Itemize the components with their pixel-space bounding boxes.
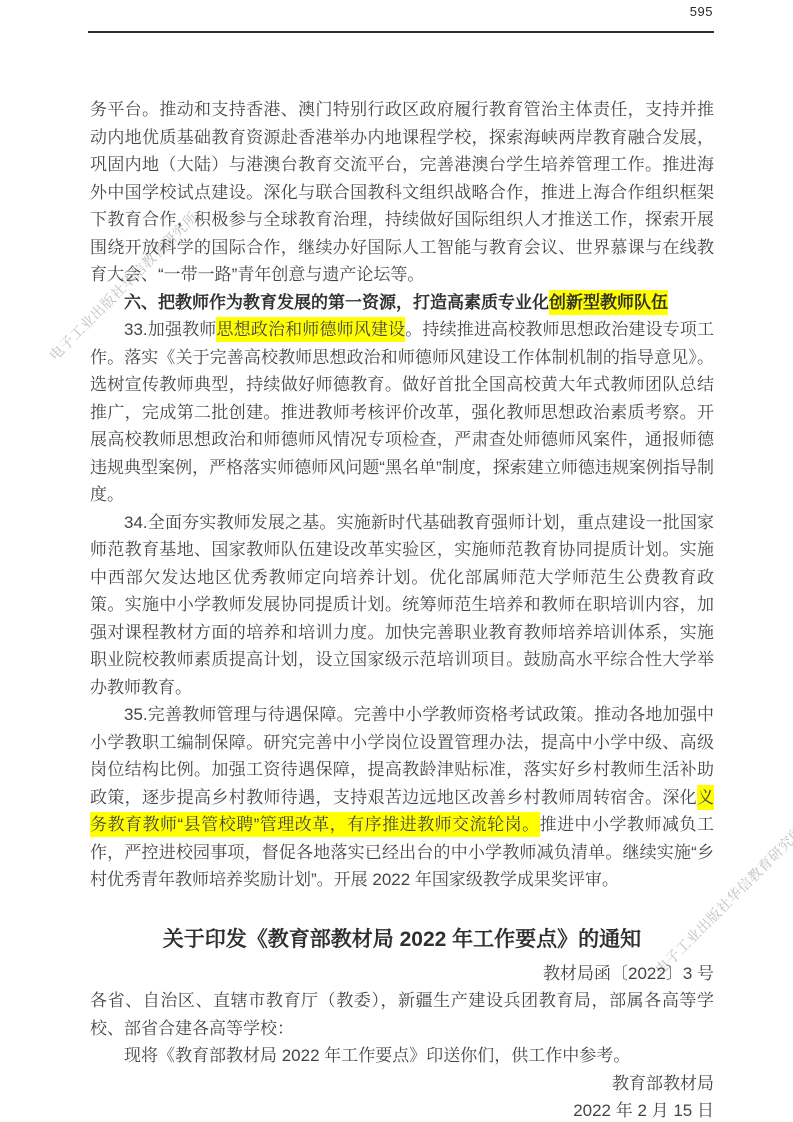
paragraph: 34.全面夯实教师发展之基。实施新时代基础教育强师计划，重点建设一批国家师范教育… [90,509,714,702]
notice-addressee: 各省、自治区、直辖市教育厅（教委），新疆生产建设兵团教育局，部属各高等学校、部省… [90,987,714,1042]
body-blocks: 务平台。推动和支持香港、澳门特别行政区政府履行教育管治主体责任，支持并推动内地优… [90,96,714,894]
header-rule [88,31,714,33]
notice-signer: 教育部教材局 [90,1070,714,1098]
paragraph: 33.加强教师思想政治和师德师风建设。持续推进高校教师思想政治建设专项工作。落实… [90,316,714,509]
page-content: 务平台。推动和支持香港、澳门特别行政区政府履行教育管治主体责任，支持并推动内地优… [90,96,714,1122]
notice-body: 现将《教育部教材局 2022 年工作要点》印送你们，供工作中参考。 [90,1042,714,1070]
text-run: 33.加强教师 [124,320,216,339]
section-heading: 六、把教师作为教育发展的第一资源，打造高素质专业化创新型教师队伍 [90,289,714,317]
notice-doc-number: 教材局函〔2022〕3 号 [90,960,714,988]
page-number: 595 [690,4,713,19]
document-page: 电子工业出版社华信教育研究所 电子工业出版社华信教育研究所 595 务平台。推动… [0,0,793,1122]
text-run: 35.完善教师管理与待遇保障。完善中小学教师资格考试政策。推动各地加强中小学教职… [90,705,714,807]
text-run: 。持续推进高校教师思想政治建设专项工作。落实《关于完善高校教师思想政治和师德师风… [90,320,714,504]
text-run: 34.全面夯实教师发展之基。实施新时代基础教育强师计划，重点建设一批国家师范教育… [90,513,714,697]
text-run: 六、把教师作为教育发展的第一资源，打造高素质专业化 [124,293,549,312]
text-run: 务平台。推动和支持香港、澳门特别行政区政府履行教育管治主体责任，支持并推动内地优… [90,100,714,284]
highlighted-text: 创新型教师队伍 [549,290,668,315]
paragraph: 务平台。推动和支持香港、澳门特别行政区政府履行教育管治主体责任，支持并推动内地优… [90,96,714,289]
paragraph: 35.完善教师管理与待遇保障。完善中小学教师资格考试政策。推动各地加强中小学教职… [90,701,714,894]
notice-title: 关于印发《教育部教材局 2022 年工作要点》的通知 [90,924,714,956]
highlighted-text: 思想政治和师德师风建设 [216,317,405,342]
notice-date: 2022 年 2 月 15 日 [90,1097,714,1122]
